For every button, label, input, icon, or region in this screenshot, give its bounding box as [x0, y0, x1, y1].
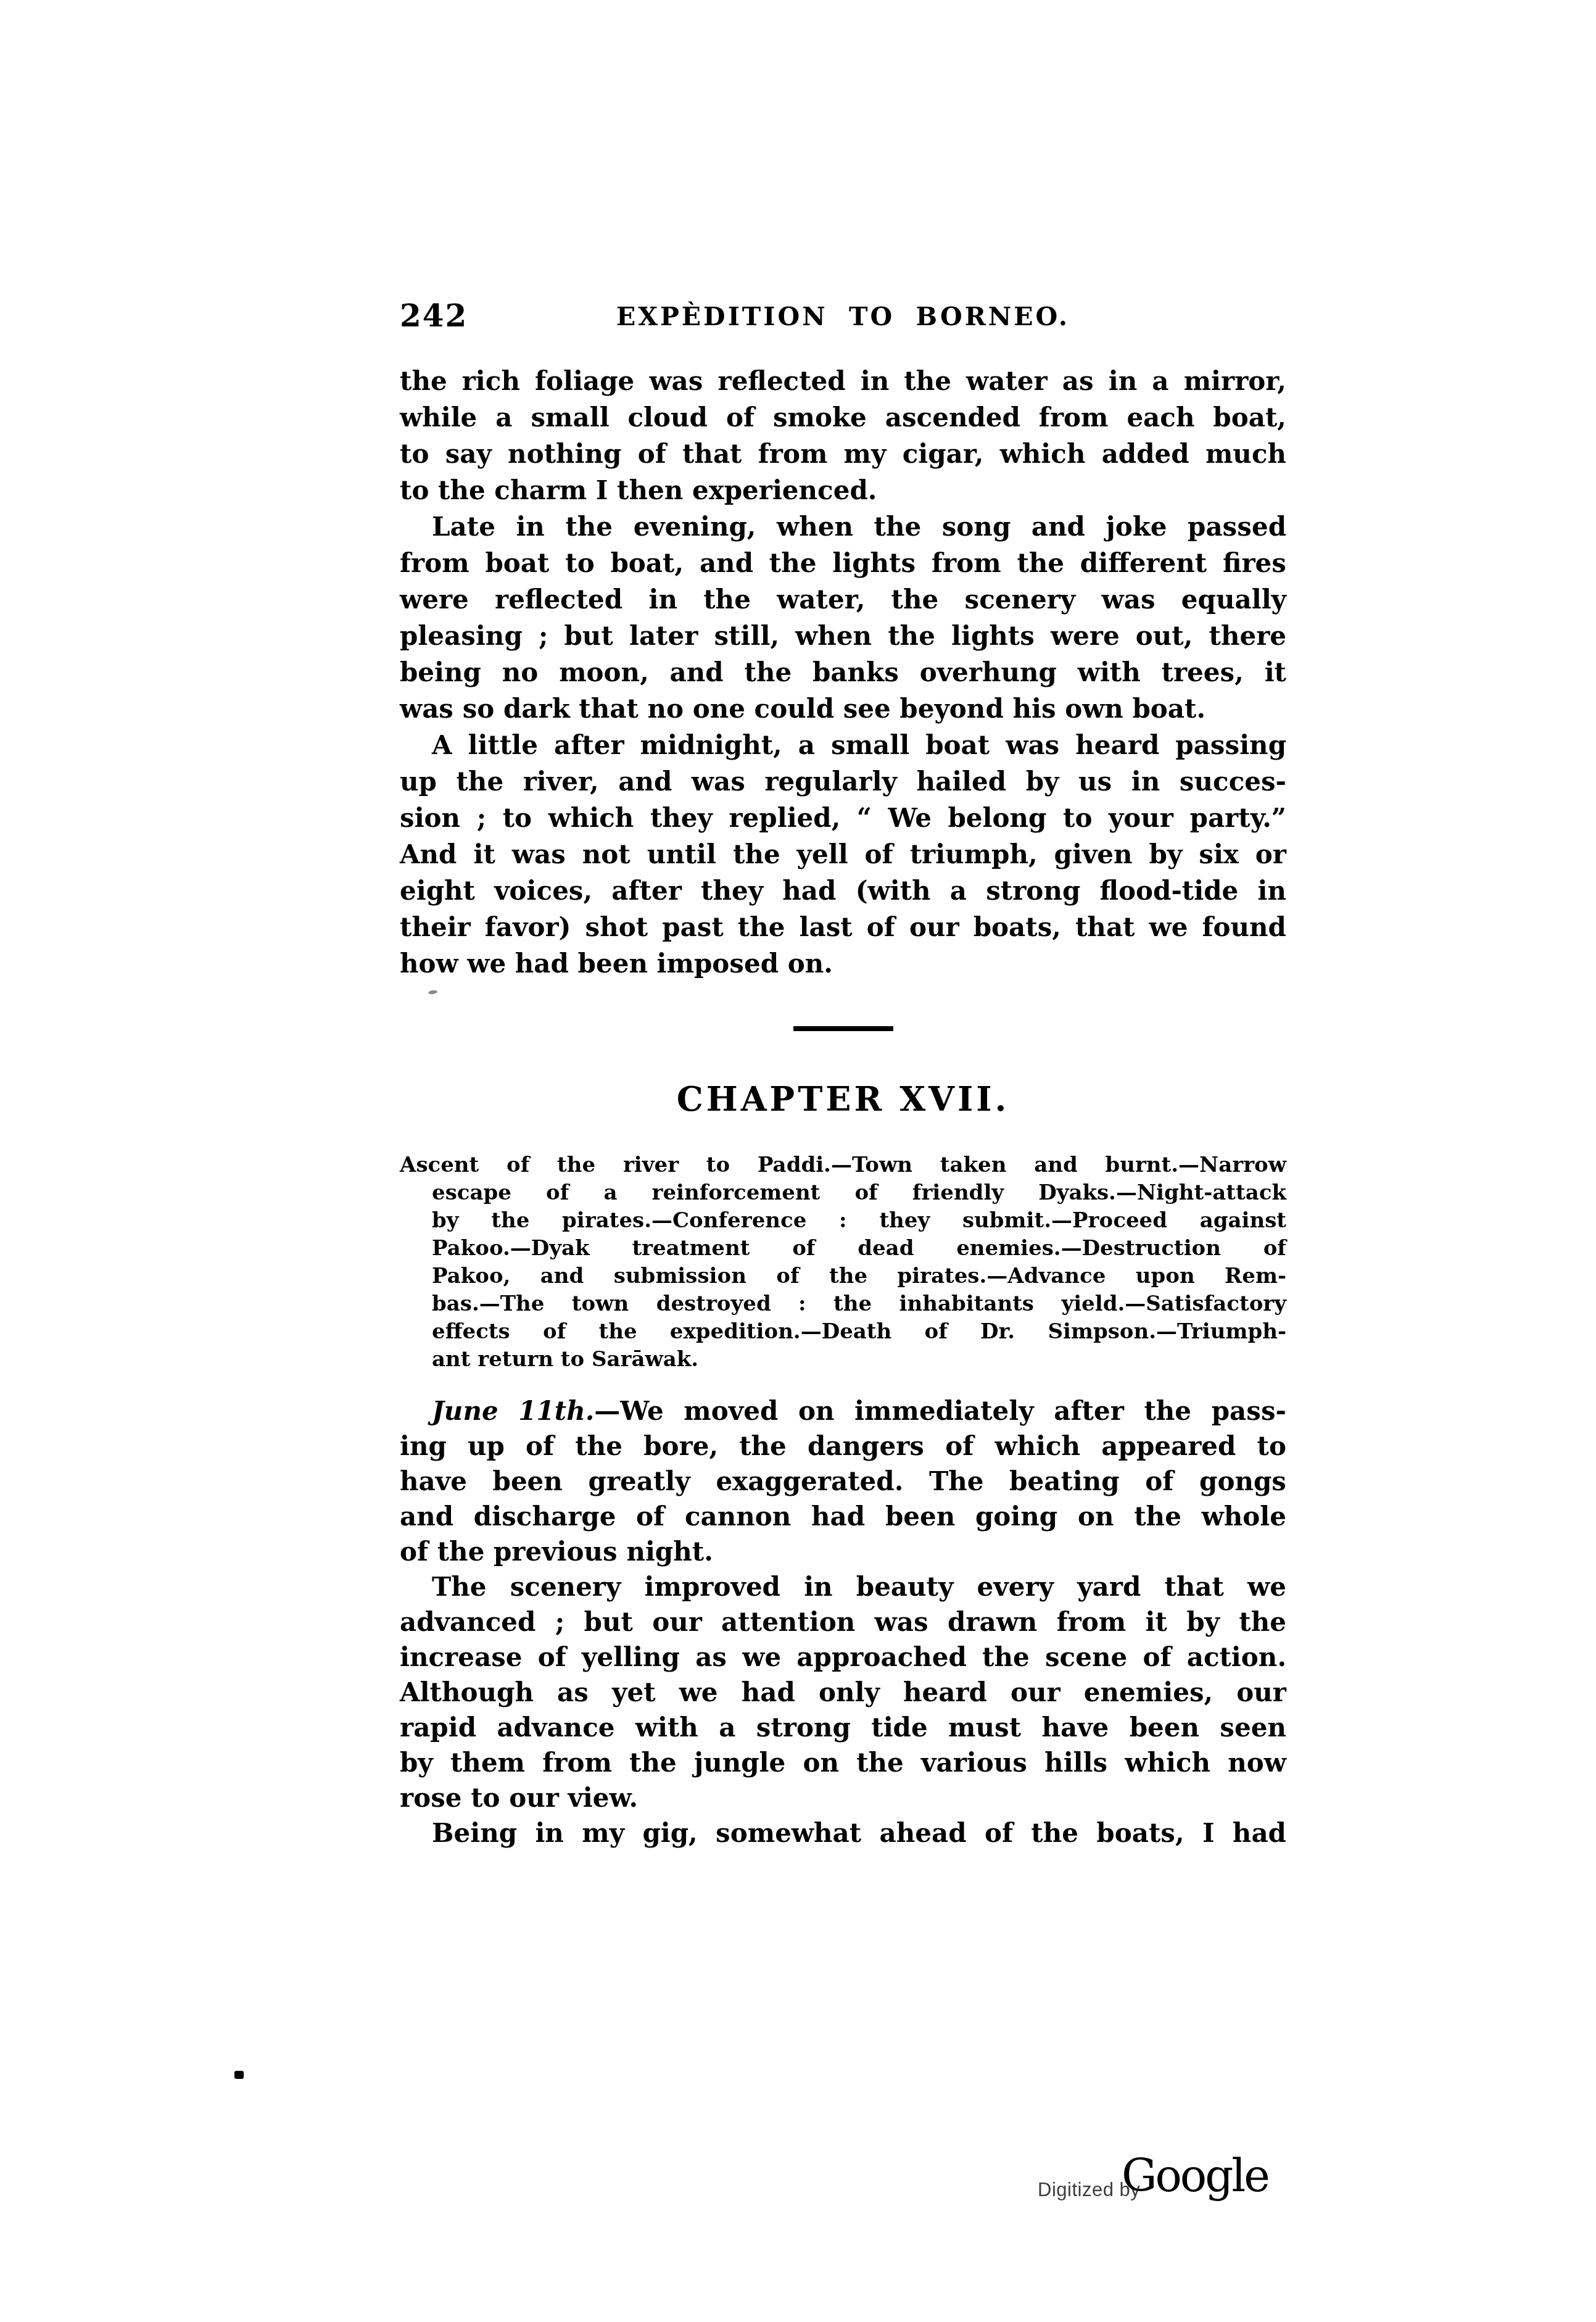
text-line: up the river, and was regularly hailed b…	[400, 763, 1286, 800]
chapter-heading: CHAPTER XVII.	[400, 1081, 1286, 1117]
text-line: increase of yelling as we approached the…	[400, 1640, 1286, 1675]
body-paragraph: June 11th.—We moved on immediately after…	[400, 1393, 1286, 1569]
summary-line: effects of the expedition.—Death of Dr. …	[432, 1318, 1286, 1346]
text-line: sion ; to which they replied, “ We belon…	[400, 800, 1286, 836]
text-line: by them from the jungle on the various h…	[400, 1745, 1286, 1780]
book-page: 242 EXPÈDITION TO BORNEO. the rich folia…	[0, 0, 1596, 2322]
body-paragraph: Being in my gig, somewhat ahead of the b…	[400, 1815, 1286, 1851]
text-line: pleasing ; but later still, when the lig…	[400, 618, 1286, 654]
ink-speck	[428, 990, 438, 995]
text-line: eight voices, after they had (with a str…	[400, 873, 1286, 909]
section-divider	[400, 1026, 1286, 1031]
running-header: EXPÈDITION TO BORNEO.	[400, 297, 1286, 331]
text-line: rose to our view.	[400, 1780, 1286, 1815]
summary-line: Ascent of the river to Paddi.—Town taken…	[400, 1151, 1286, 1179]
text-line: June 11th.—We moved on immediately after…	[400, 1393, 1286, 1428]
text-line: have been greatly exaggerated. The beati…	[400, 1464, 1286, 1499]
divider-rule	[793, 1026, 893, 1031]
text-line: the rich foliage was reflected in the wa…	[400, 363, 1286, 399]
summary-line: by the pirates.—Conference : they submit…	[432, 1207, 1286, 1235]
text-line-rest: —We moved on immediately after the pass-	[594, 1396, 1286, 1426]
text-line: The scenery improved in beauty every yar…	[400, 1569, 1286, 1604]
intro-text: the rich foliage was reflected in the wa…	[400, 363, 1286, 982]
google-logo: Google	[1122, 2154, 1268, 2198]
text-line: were reflected in the water, the scenery…	[400, 581, 1286, 618]
intro-paragraph: Late in the evening, when the song and j…	[400, 508, 1286, 727]
text-line: of the previous night.	[400, 1534, 1286, 1569]
text-line: Being in my gig, somewhat ahead of the b…	[400, 1815, 1286, 1851]
text-line: Although as yet we had only heard our en…	[400, 1675, 1286, 1710]
summary-line: Pakoo, and submission of the pirates.—Ad…	[432, 1263, 1286, 1290]
text-line: their favor) shot past the last of our b…	[400, 909, 1286, 945]
text-line: to say nothing of that from my cigar, wh…	[400, 436, 1286, 472]
intro-paragraph: the rich foliage was reflected in the wa…	[400, 363, 1286, 508]
text-line: to the charm I then experienced.	[400, 472, 1286, 508]
body-paragraph: The scenery improved in beauty every yar…	[400, 1569, 1286, 1815]
chapter-summary: Ascent of the river to Paddi.—Town taken…	[400, 1151, 1286, 1374]
text-line: ing up of the bore, the dangers of which…	[400, 1428, 1286, 1464]
summary-line: bas.—The town destroyed : the inhabitant…	[432, 1290, 1286, 1318]
text-line: Late in the evening, when the song and j…	[400, 508, 1286, 545]
chapter-text: June 11th.—We moved on immediately after…	[400, 1393, 1286, 1851]
intro-paragraph: A little after midnight, a small boat wa…	[400, 727, 1286, 982]
date-lead: June 11th.	[432, 1396, 594, 1426]
summary-line: escape of a reinforcement of friendly Dy…	[432, 1179, 1286, 1207]
text-line: advanced ; but our attention was drawn f…	[400, 1604, 1286, 1640]
text-line: And it was not until the yell of triumph…	[400, 836, 1286, 873]
page-number: 242	[400, 297, 468, 334]
text-line: while a small cloud of smoke ascended fr…	[400, 399, 1286, 436]
text-line: A little after midnight, a small boat wa…	[400, 727, 1286, 763]
text-line: from boat to boat, and the lights from t…	[400, 545, 1286, 581]
text-line: rapid advance with a strong tide must ha…	[400, 1710, 1286, 1745]
ink-speck	[234, 2071, 244, 2079]
text-line: how we had been imposed on.	[400, 945, 1286, 982]
summary-line: ant return to Sarāwak.	[432, 1346, 1286, 1374]
page-header: 242 EXPÈDITION TO BORNEO.	[400, 297, 1286, 334]
text-line: being no moon, and the banks overhung wi…	[400, 654, 1286, 690]
summary-line: Pakoo.—Dyak treatment of dead enemies.—D…	[432, 1235, 1286, 1263]
text-line: and discharge of cannon had been going o…	[400, 1499, 1286, 1534]
text-line: was so dark that no one could see beyond…	[400, 690, 1286, 727]
